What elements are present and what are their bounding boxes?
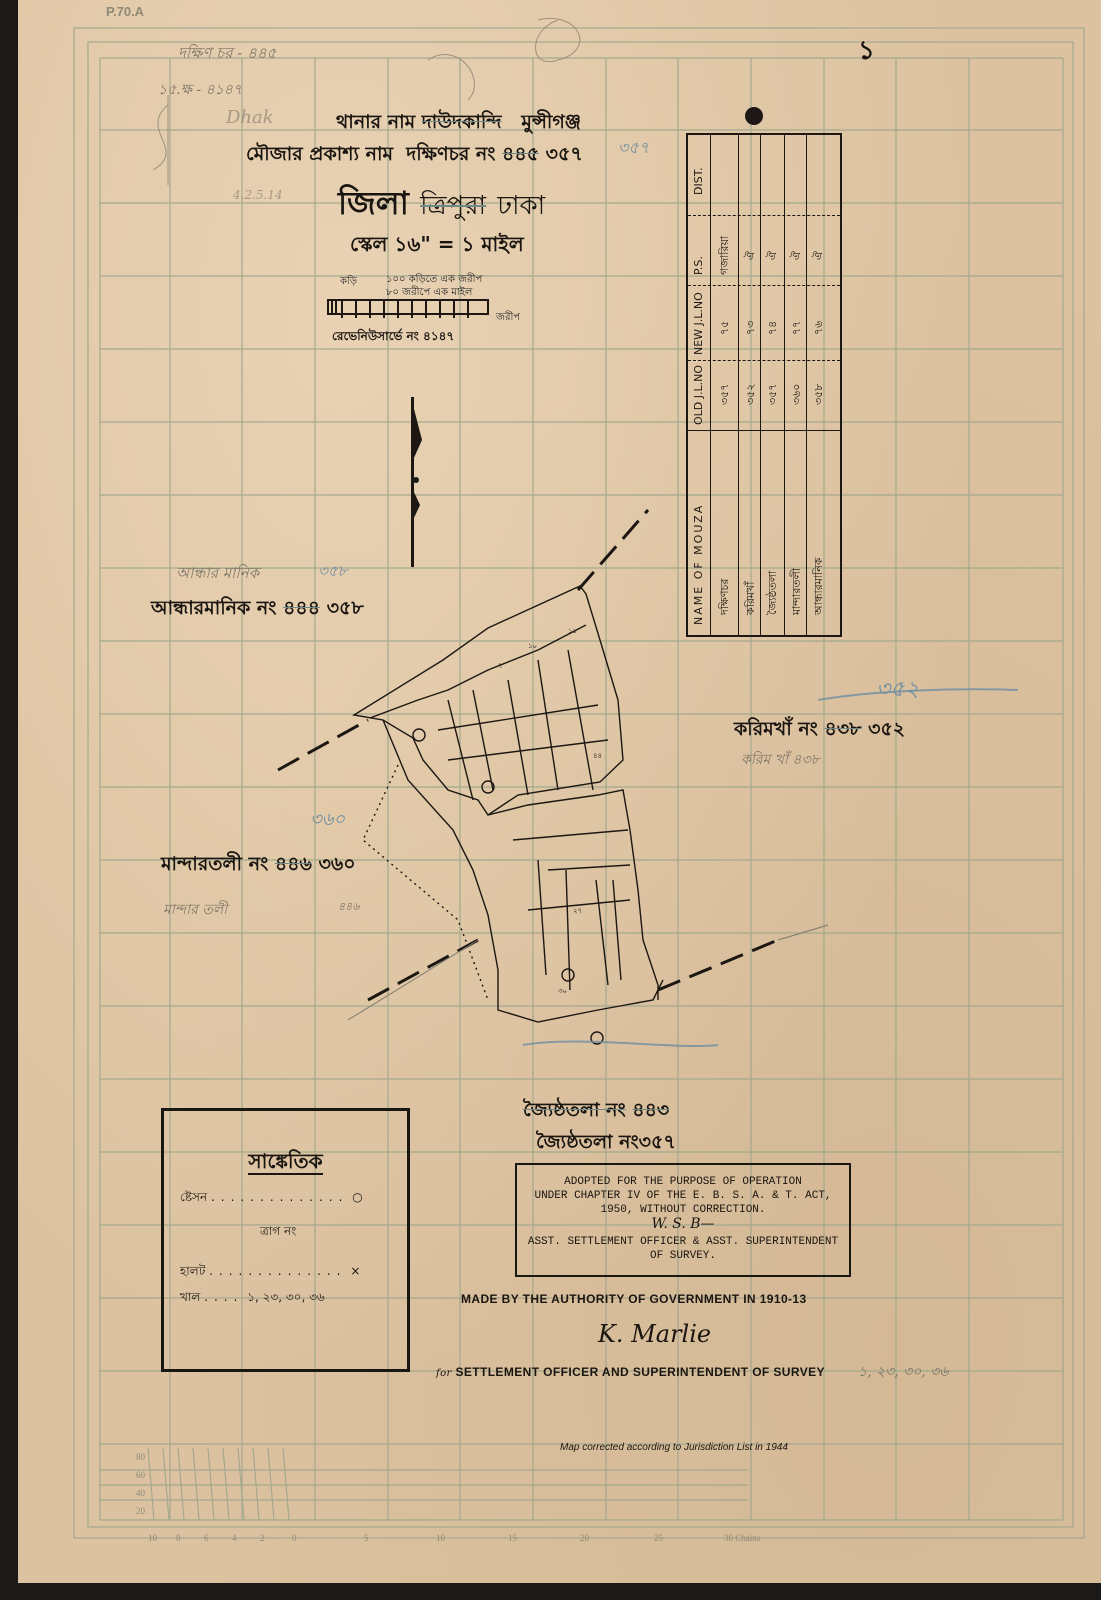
thana-old: দাউদকান্দি	[422, 111, 502, 133]
plot-number: ১১	[568, 625, 577, 637]
scale-text: স্কেল ১৬" = ১ মাইল	[350, 230, 524, 263]
table-row: করিমখাঁ	[742, 582, 761, 615]
legend-trap: ত্রাগ নং	[260, 1223, 296, 1243]
mouza-jurisdiction-table: NAME OF MOUZA OLD J.L.NO NEW J.L.NO P.S.…	[686, 133, 842, 637]
correction-note: Map corrected according to Jurisdiction …	[560, 1442, 788, 1453]
pencil-note: মান্দার তলী	[163, 898, 227, 922]
table-row: দক্ষিণচর	[716, 579, 735, 615]
district-line: জিলা ত্রিপুরা ঢাকা	[338, 178, 545, 232]
col-header-new-jl: NEW J.L.NO	[692, 292, 705, 355]
form-code: P.70.A	[106, 4, 144, 19]
legend-khal: খাল .... ১, ২৩, ৩০, ৩৬	[180, 1289, 325, 1309]
neighbour-andharmanik: আন্ধারমানিক নং ৪৪৪ ৩৫৮	[151, 594, 364, 626]
plot-number: ২৭	[573, 905, 582, 917]
authority-line: MADE BY THE AUTHORITY OF GOVERNMENT IN 1…	[461, 1292, 807, 1306]
pencil-note: ১, ২৩, ৩০, ৩৬	[858, 1360, 948, 1384]
legend-halt: হালট .............. ×	[180, 1263, 360, 1283]
legend-box: সাঙ্কেতিক ষ্টেসন .............. ○ ত্রাগ …	[161, 1108, 410, 1372]
pencil-note: করিম খাঁ ৪৩৮	[741, 748, 820, 772]
col-header-mouza: NAME OF MOUZA	[692, 504, 705, 625]
plot-number: ৭	[498, 660, 503, 672]
neighbour-jyeshthatala-new: জ্যৈষ্ঠতলা নং৩৫৭	[536, 1128, 676, 1160]
blue-pencil-note: ৩৫৭	[618, 135, 649, 162]
thana-line: থানার নাম দাউদকান্দি মুন্সীগঞ্জ	[336, 108, 581, 140]
pencil-note: Dhak	[226, 107, 274, 128]
plot-number: ৪৪	[593, 750, 602, 762]
col-header-old-jl: OLD J.L.NO	[692, 365, 705, 425]
revenue-survey-no: রেভেনিউসার্ভে নং ৪১৪৭	[332, 328, 454, 348]
mouza-line: মৌজার প্রকাশ্য নাম দক্ষিণচর নং ৪৪৫ ৩৫৭	[246, 140, 583, 172]
signature: W. S. B—	[517, 1217, 849, 1231]
neighbour-mandartali: মান্দারতলী নং ৪৪৬ ৩৬০	[161, 850, 356, 882]
table-row: আন্ধারমানিক	[810, 558, 829, 616]
cadastral-map-sheet: P.70.A ১ দক্ষিণ চর - ৪৪৫ ১৫.ক্ষ - ৪১৪৭ D…	[18, 0, 1101, 1583]
legend-title: সাঙ্কেতিক	[164, 1147, 407, 1180]
officer-line: for SETTLEMENT OFFICER AND SUPERINTENDEN…	[436, 1365, 825, 1379]
table-row: মান্দারতলী	[788, 568, 807, 615]
col-header-dist: DIST.	[692, 167, 705, 195]
pencil-note: ১৫.ক্ষ - ৪১৪৭	[158, 78, 242, 102]
signature: K. Marlie	[598, 1320, 711, 1348]
legend-station: ষ্টেসন .............. ○	[180, 1189, 363, 1209]
pencil-note: দক্ষিণ চর - ৪৪৫	[178, 42, 276, 67]
table-row: জ্যৈষ্ঠতলা	[764, 571, 783, 615]
adoption-stamp: ADOPTED FOR THE PURPOSE OF OPERATION UND…	[515, 1163, 851, 1277]
plot-number: ৩০	[558, 985, 567, 997]
ink-blot	[745, 107, 763, 125]
page-number: ১	[858, 30, 875, 74]
thana-new: মুন্সীগঞ্জ	[521, 111, 581, 133]
col-header-ps: P.S.	[692, 256, 705, 275]
pencil-note: আন্ধার মানিক	[176, 562, 259, 587]
neighbour-karimkha: করিমখাঁ নং ৪৩৮ ৩৫২	[734, 715, 905, 747]
pencil-note: 4.2.5.14	[233, 188, 283, 202]
neighbour-jyeshthatala-old: জ্যৈষ্ঠতলা নং ৪৪৩	[523, 1096, 669, 1128]
plot-number: ১০	[528, 640, 537, 652]
